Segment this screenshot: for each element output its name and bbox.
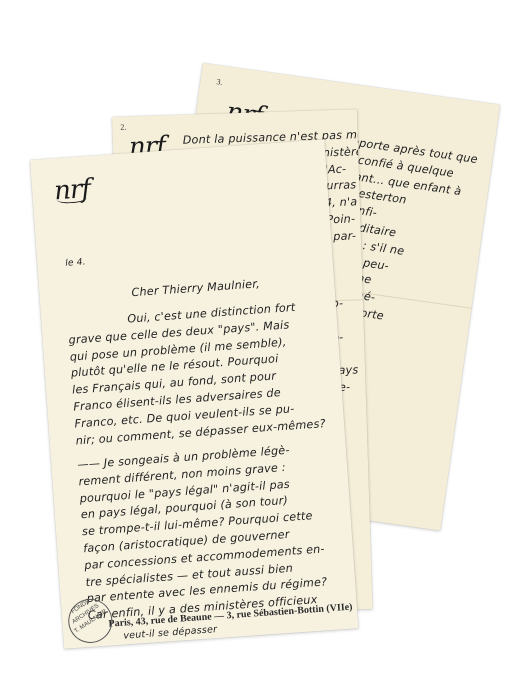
letter-date: le 4. — [65, 254, 87, 272]
page-number: 2. — [120, 123, 126, 132]
paragraph-2: —— Je songeais à un problème légè- remen… — [77, 441, 329, 625]
salutation: Cher Thierry Maulnier, — [131, 276, 260, 302]
nrf-logo: nrf — [53, 174, 91, 206]
page-number: 3. — [216, 77, 223, 87]
letter-page-1: nrf le 4. Cher Thierry Maulnier, Oui, c'… — [30, 139, 358, 648]
paragraph-1: Oui, c'est une distinction fort grave qu… — [67, 298, 326, 450]
